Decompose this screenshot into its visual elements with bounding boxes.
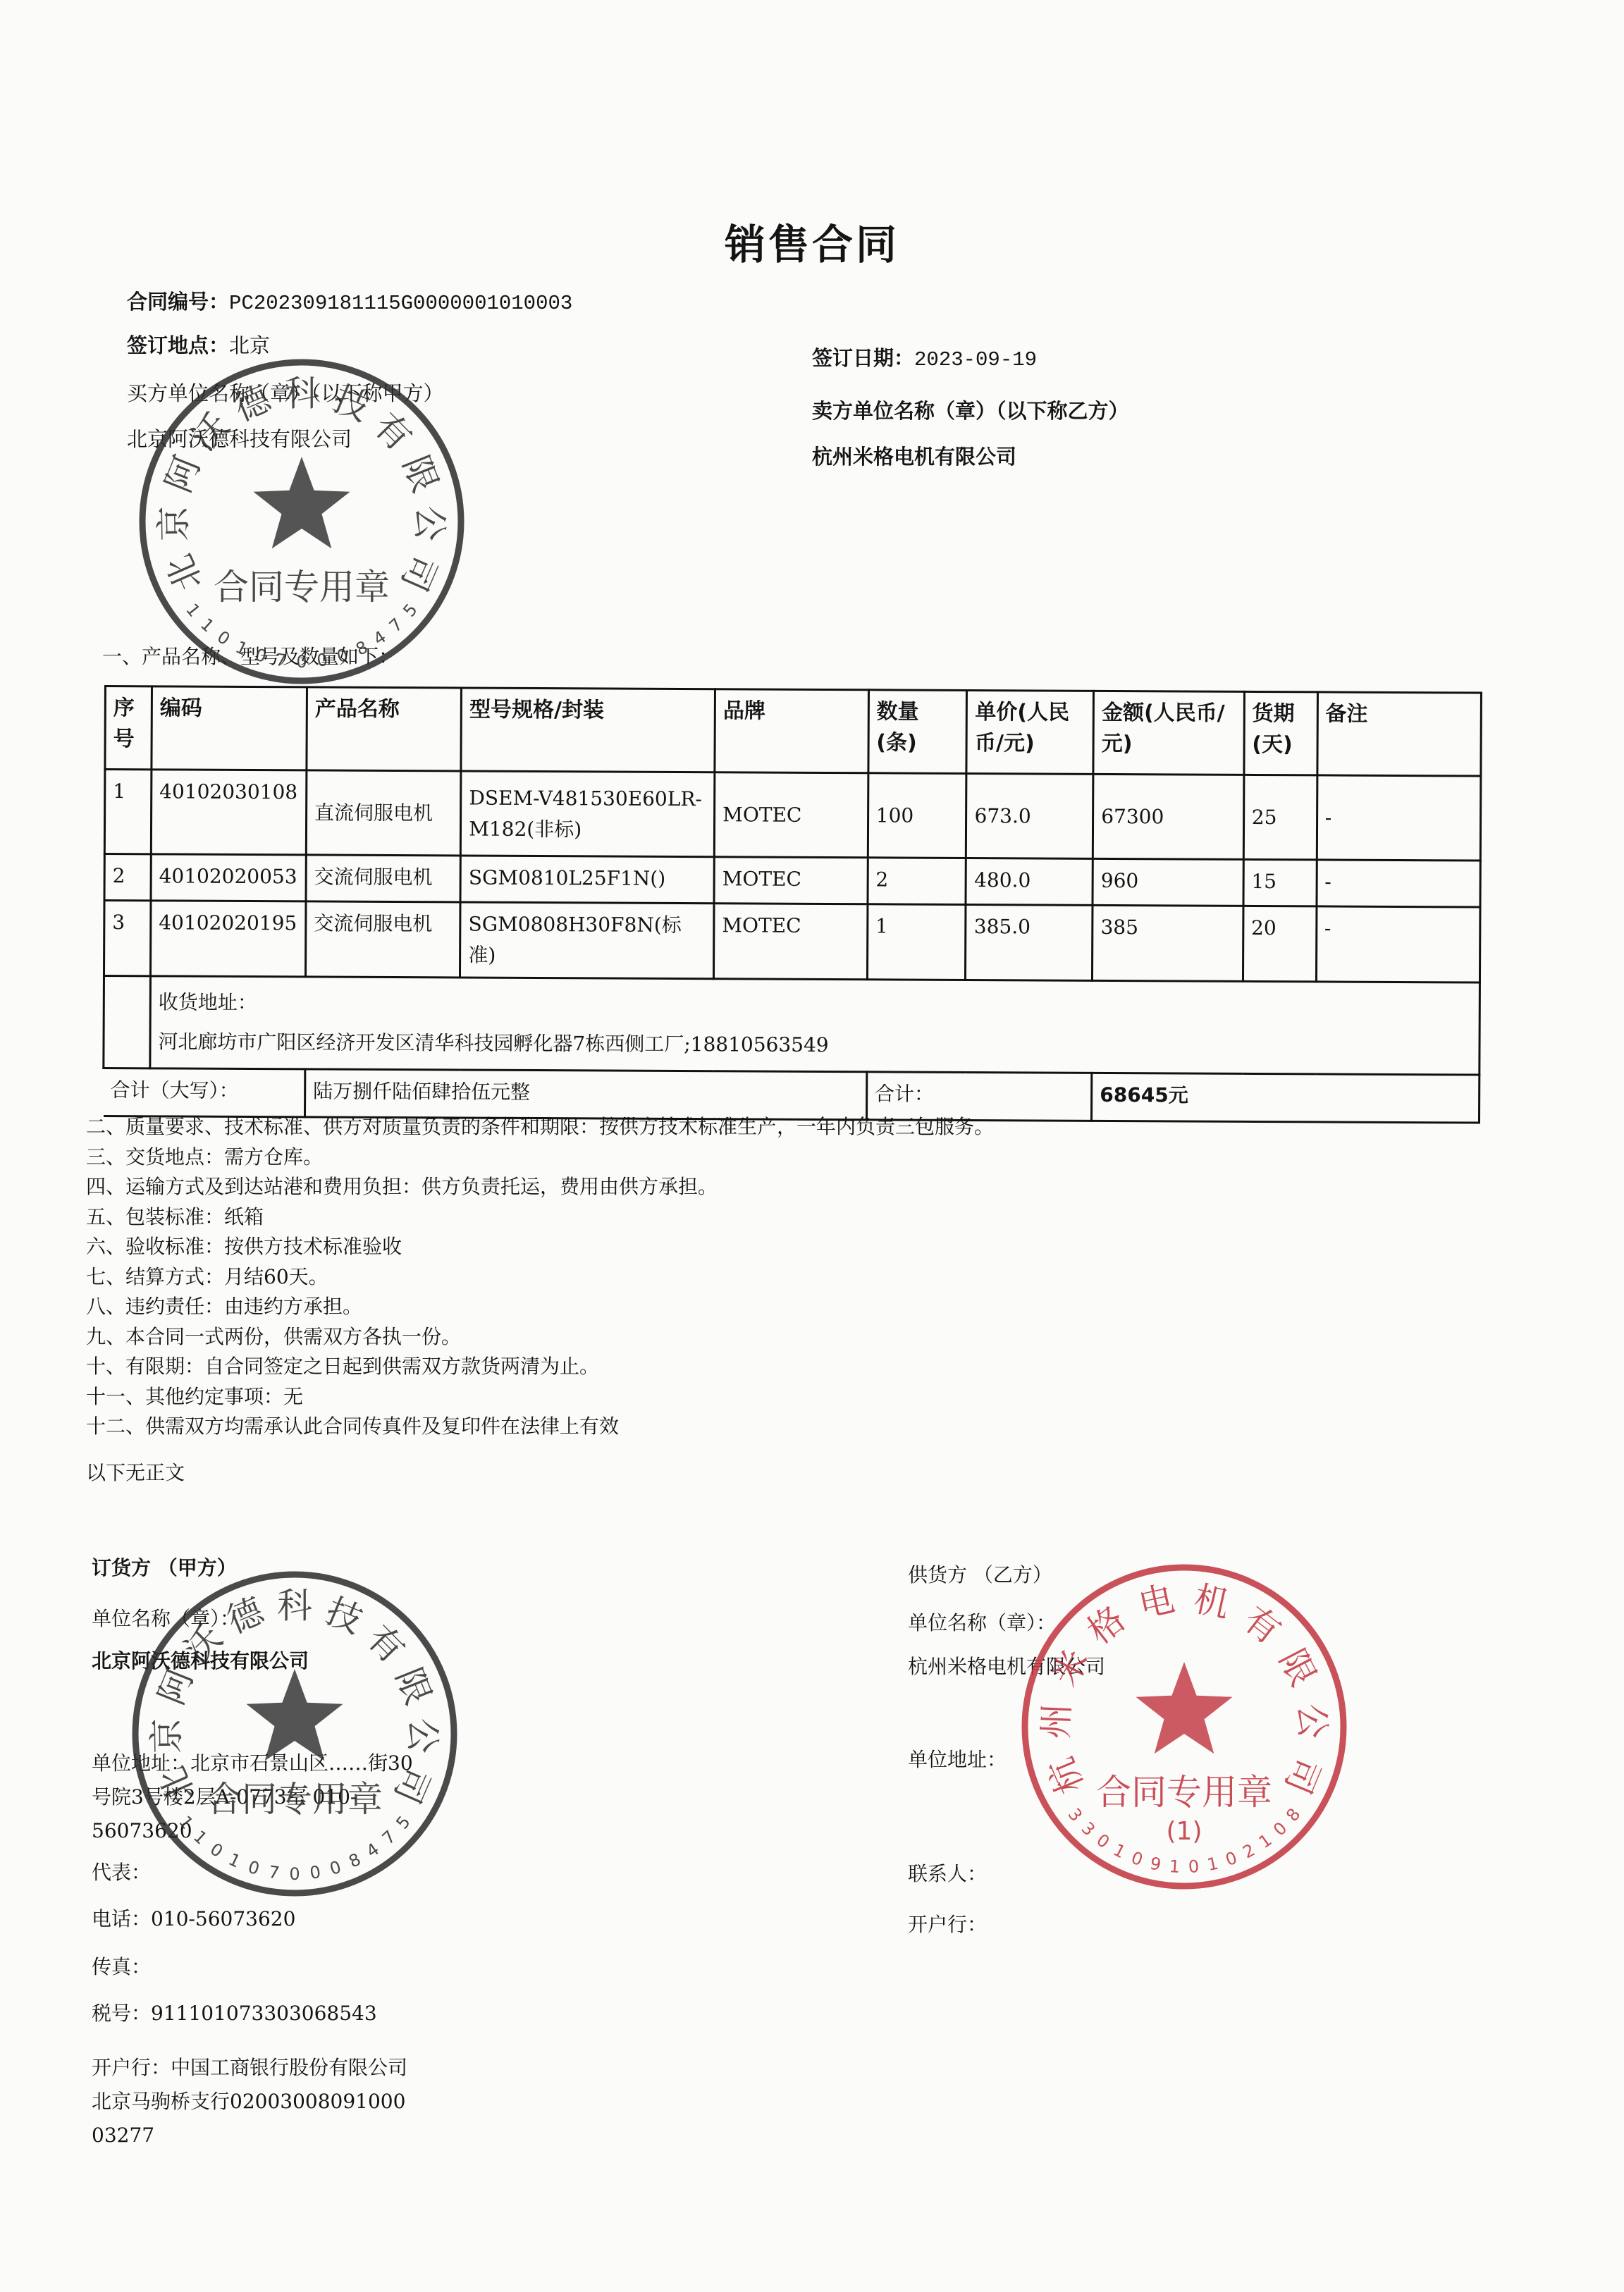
address-cell: 收货地址： 河北廊坊市广阳区经济开发区清华科技园孵化器7栋西侧工厂;188105… (150, 976, 1480, 1075)
term-item: 二、质量要求、技术标准、供方对质量负责的条件和期限：按供方技术标准生产，一年内负… (86, 1112, 994, 1142)
term-item: 五、包装标准：纸箱 (86, 1202, 994, 1233)
svg-text:8: 8 (1282, 1804, 1304, 1825)
svg-text:1: 1 (1110, 1840, 1128, 1863)
buyer-fax-label: 传真： (92, 1957, 151, 1978)
cell-model: DSEM-V481530E60LR-M182(非标) (461, 771, 715, 857)
seller-heading: 卖方单位名称（章）（以下称乙方） (812, 398, 1129, 424)
svg-text:1: 1 (226, 1849, 244, 1872)
term-item: 七、结算方式：月结60天。 (86, 1262, 994, 1293)
sign-place-label: 签订地点： (127, 333, 229, 357)
svg-text:1: 1 (1255, 1830, 1276, 1852)
sign-date-value: 2023-09-19 (914, 348, 1037, 371)
col-header-unit-price: 单价(人民币/元) (966, 690, 1093, 774)
term-item: 九、本合同一式两份，供需双方各执一份。 (86, 1322, 994, 1353)
col-header-name: 产品名称 (307, 687, 462, 771)
svg-text:1: 1 (182, 600, 204, 621)
svg-text:0: 0 (1128, 1848, 1145, 1871)
cell-model: SGM0808H30F8N(标准) (460, 902, 714, 979)
product-table: 序 号 编码 产品名称 型号规格/封装 品牌 数量(条) 单价(人民币/元) 金… (102, 685, 1482, 1124)
svg-text:有: 有 (366, 405, 419, 458)
buyer-address-label: 单位地址： (92, 1751, 190, 1775)
svg-text:7: 7 (386, 615, 407, 636)
col-header-seq: 序 号 (105, 686, 152, 770)
cell-code: 40102030108 (151, 770, 307, 855)
cell-brand: MOTEC (714, 904, 868, 980)
svg-text:合同专用章: 合同专用章 (214, 567, 390, 608)
end-note: 以下无正文 (86, 1458, 185, 1486)
buyer-block-heading: 订货方 （甲方） (92, 1558, 237, 1579)
cell-remark: - (1316, 906, 1480, 982)
svg-text:有: 有 (359, 1617, 412, 1670)
contract-number-value: PC2023091811​15G0000001010003 (229, 292, 572, 315)
contract-number-label: 合同编号： (127, 290, 229, 314)
svg-text:限: 限 (395, 450, 445, 498)
cell-qty: 100 (868, 773, 966, 858)
svg-text:格: 格 (1080, 1598, 1133, 1652)
table-row: 3 40102020195 交流伺服电机 SGM0808H30F8N(标准) M… (104, 901, 1480, 983)
cell-lead-days: 15 (1243, 859, 1317, 906)
svg-text:州: 州 (1035, 1703, 1078, 1739)
address-row: 收货地址： 河北廊坊市广阳区经济开发区清华科技园孵化器7栋西侧工厂;188105… (104, 976, 1480, 1076)
svg-text:有: 有 (1236, 1598, 1288, 1652)
svg-text:0: 0 (1093, 1830, 1114, 1852)
buyer-phone-value: 010-56073620 (151, 1907, 295, 1930)
col-header-brand: 品牌 (715, 689, 868, 773)
term-item: 四、运输方式及到达站港和费用负担：供方负责托运，费用由供方承担。 (86, 1172, 994, 1202)
svg-text:0: 0 (1269, 1818, 1291, 1840)
svg-text:(1): (1) (1167, 1817, 1202, 1846)
cell-qty: 2 (868, 858, 966, 905)
cell-model: SGM0810L25F1N() (460, 856, 714, 904)
cell-name: 直流伺服电机 (306, 770, 461, 856)
col-header-code: 编码 (152, 686, 307, 770)
cell-amount: 67300 (1093, 774, 1243, 859)
contract-terms: 二、质量要求、技术标准、供方对质量负责的条件和期限：按供方技术标准生产，一年内负… (86, 1112, 994, 1442)
cell-seq: 1 (104, 770, 152, 854)
table-row: 2 40102020053 交流伺服电机 SGM0810L25F1N() MOT… (104, 854, 1480, 908)
seller-name-label: 单位名称（章）： (908, 1613, 1056, 1634)
contract-number: 合同编号：PC2023091811​15G0000001010003 (127, 289, 572, 316)
svg-text:0: 0 (246, 1857, 262, 1879)
term-item: 八、违约责任：由违约方承担。 (86, 1292, 994, 1322)
svg-text:0: 0 (309, 1862, 322, 1883)
svg-text:0: 0 (1188, 1856, 1200, 1877)
cell-lead-days: 20 (1243, 906, 1316, 982)
cell-code: 40102020195 (150, 901, 306, 977)
buyer-address: 单位地址：北京市石景山区……街30号院3号楼2层A-0773室 010-5607… (92, 1746, 416, 1848)
cell-qty: 1 (867, 904, 966, 980)
svg-text:8: 8 (345, 1849, 364, 1872)
cell-lead-days: 25 (1243, 775, 1317, 860)
svg-text:1: 1 (197, 615, 218, 636)
cell-remark: - (1317, 860, 1481, 907)
term-item: 三、交货地点：需方仓库。 (86, 1142, 994, 1173)
address-spacer (104, 976, 151, 1068)
total-value: 68645元 (1092, 1073, 1480, 1123)
svg-text:合同专用章: 合同专用章 (1096, 1772, 1272, 1813)
seller-block-heading: 供货方 （乙方） (908, 1565, 1052, 1586)
buyer-name-label: 单位名称（章）： (92, 1608, 240, 1629)
svg-text:阿: 阿 (157, 450, 208, 498)
cell-name: 交流伺服电机 (306, 855, 461, 902)
sign-date-label: 签订日期： (812, 346, 914, 370)
svg-text:限: 限 (388, 1663, 438, 1711)
buyer-phone-label: 电话： (92, 1907, 151, 1930)
cell-unit-price: 673.0 (966, 773, 1093, 858)
svg-text:公: 公 (409, 505, 450, 541)
sign-place-value: 北京 (229, 333, 270, 357)
buyer-tax-label: 税号： (92, 2002, 151, 2025)
svg-text:机: 机 (1191, 1578, 1234, 1625)
sign-place: 签订地点：北京 (127, 333, 270, 358)
seller-contact-label: 联系人： (908, 1863, 987, 1885)
svg-text:3: 3 (1078, 1818, 1099, 1840)
svg-text:技: 技 (320, 1590, 369, 1641)
col-header-qty: 数量(条) (868, 690, 967, 774)
col-header-amount: 金额(人民币/元) (1093, 691, 1244, 775)
buyer-tax-value: 91110107330306854​3 (151, 2002, 377, 2025)
address-label: 收货地址： (159, 982, 1472, 1028)
svg-text:司: 司 (393, 548, 445, 597)
seller-seal: 杭州米格电机有限公司合同专用章(1)33010910102108 (1015, 1558, 1353, 1896)
svg-text:0: 0 (328, 1857, 344, 1879)
svg-text:3: 3 (1064, 1804, 1086, 1825)
term-item: 十二、供需双方均需承认此合同传真件及复印件在法律上有效 (86, 1412, 994, 1442)
col-header-lead-days: 货期(天) (1244, 691, 1317, 775)
cell-amount: 960 (1093, 858, 1243, 906)
table-row: 1 40102030108 直流伺服电机 DSEM-V481530E60LR-M… (104, 770, 1481, 861)
seller-address-label: 单位地址： (908, 1749, 1007, 1770)
term-item: 十、有限期：自合同签定之日起到供需双方款货两清为止。 (86, 1352, 994, 1382)
buyer-rep-label: 代表： (92, 1862, 151, 1883)
table-header-row: 序 号 编码 产品名称 型号规格/封装 品牌 数量(条) 单价(人民币/元) 金… (105, 686, 1482, 777)
cell-remark: - (1317, 775, 1481, 861)
cell-seq: 3 (104, 901, 150, 976)
buyer-bank: 开户行：中国工商银行股份有限公司北京马驹桥支行02003008091000032… (92, 2051, 416, 2152)
svg-text:1: 1 (1169, 1856, 1181, 1877)
svg-text:司: 司 (1277, 1751, 1328, 1799)
svg-text:0: 0 (289, 1864, 300, 1884)
buyer-heading: 买方单位名称（章）（以下称甲方） (127, 381, 444, 406)
buyer-block-name: 北京阿沃德科技有限公司 (92, 1651, 309, 1672)
svg-text:1: 1 (1205, 1854, 1220, 1875)
buyer-bank-label: 开户行： (92, 2056, 171, 2079)
svg-text:电: 电 (1135, 1578, 1178, 1625)
svg-text:5: 5 (399, 600, 421, 621)
term-item: 十一、其他约定事项：无 (86, 1382, 994, 1412)
seller-bank-label: 开户行： (908, 1914, 987, 1935)
svg-text:2: 2 (1240, 1840, 1258, 1863)
cell-unit-price: 385.0 (966, 904, 1093, 980)
buyer-tax: 税号：91110107330306854​3 (92, 2003, 377, 2024)
section1-heading: 一、产品名称、型号及数量如下： (102, 641, 398, 670)
sign-date: 签订日期：2023-09-19 (812, 345, 1037, 373)
svg-text:杭: 杭 (1040, 1751, 1092, 1799)
seller-name: 杭州米格电机有限公司 (812, 444, 1016, 469)
cell-unit-price: 480.0 (966, 858, 1093, 905)
svg-text:京: 京 (153, 505, 195, 541)
cell-seq: 2 (104, 854, 151, 901)
svg-text:限: 限 (1272, 1643, 1324, 1693)
svg-text:9: 9 (1148, 1854, 1163, 1875)
address-value: 河北廊坊市广阳区经济开发区清华科技园孵化器7栋西侧工厂;18810563549 (158, 1022, 1471, 1068)
svg-text:科: 科 (277, 1586, 312, 1627)
cell-brand: MOTEC (714, 772, 868, 858)
document-title: 销售合同 (0, 211, 1624, 271)
svg-text:北: 北 (159, 548, 210, 597)
svg-text:0: 0 (1223, 1848, 1240, 1871)
total-caps-label: 合计（大写）： (104, 1068, 305, 1117)
cell-name: 交流伺服电机 (305, 901, 460, 978)
cell-amount: 385 (1093, 905, 1243, 981)
svg-text:7: 7 (267, 1862, 281, 1883)
buyer-phone: 电话：010-56073620 (92, 1909, 295, 1930)
col-header-model: 型号规格/封装 (461, 688, 715, 772)
buyer-name: 北京阿沃德科技有限公司 (127, 426, 352, 452)
term-item: 六、验收标准：按供方技术标准验收 (86, 1232, 994, 1262)
cell-code: 40102020053 (151, 854, 306, 901)
seller-block-name: 杭州米格电机有限公司 (908, 1656, 1105, 1677)
col-header-remark: 备注 (1317, 692, 1482, 776)
cell-brand: MOTEC (714, 857, 868, 904)
svg-text:公: 公 (1291, 1703, 1333, 1739)
